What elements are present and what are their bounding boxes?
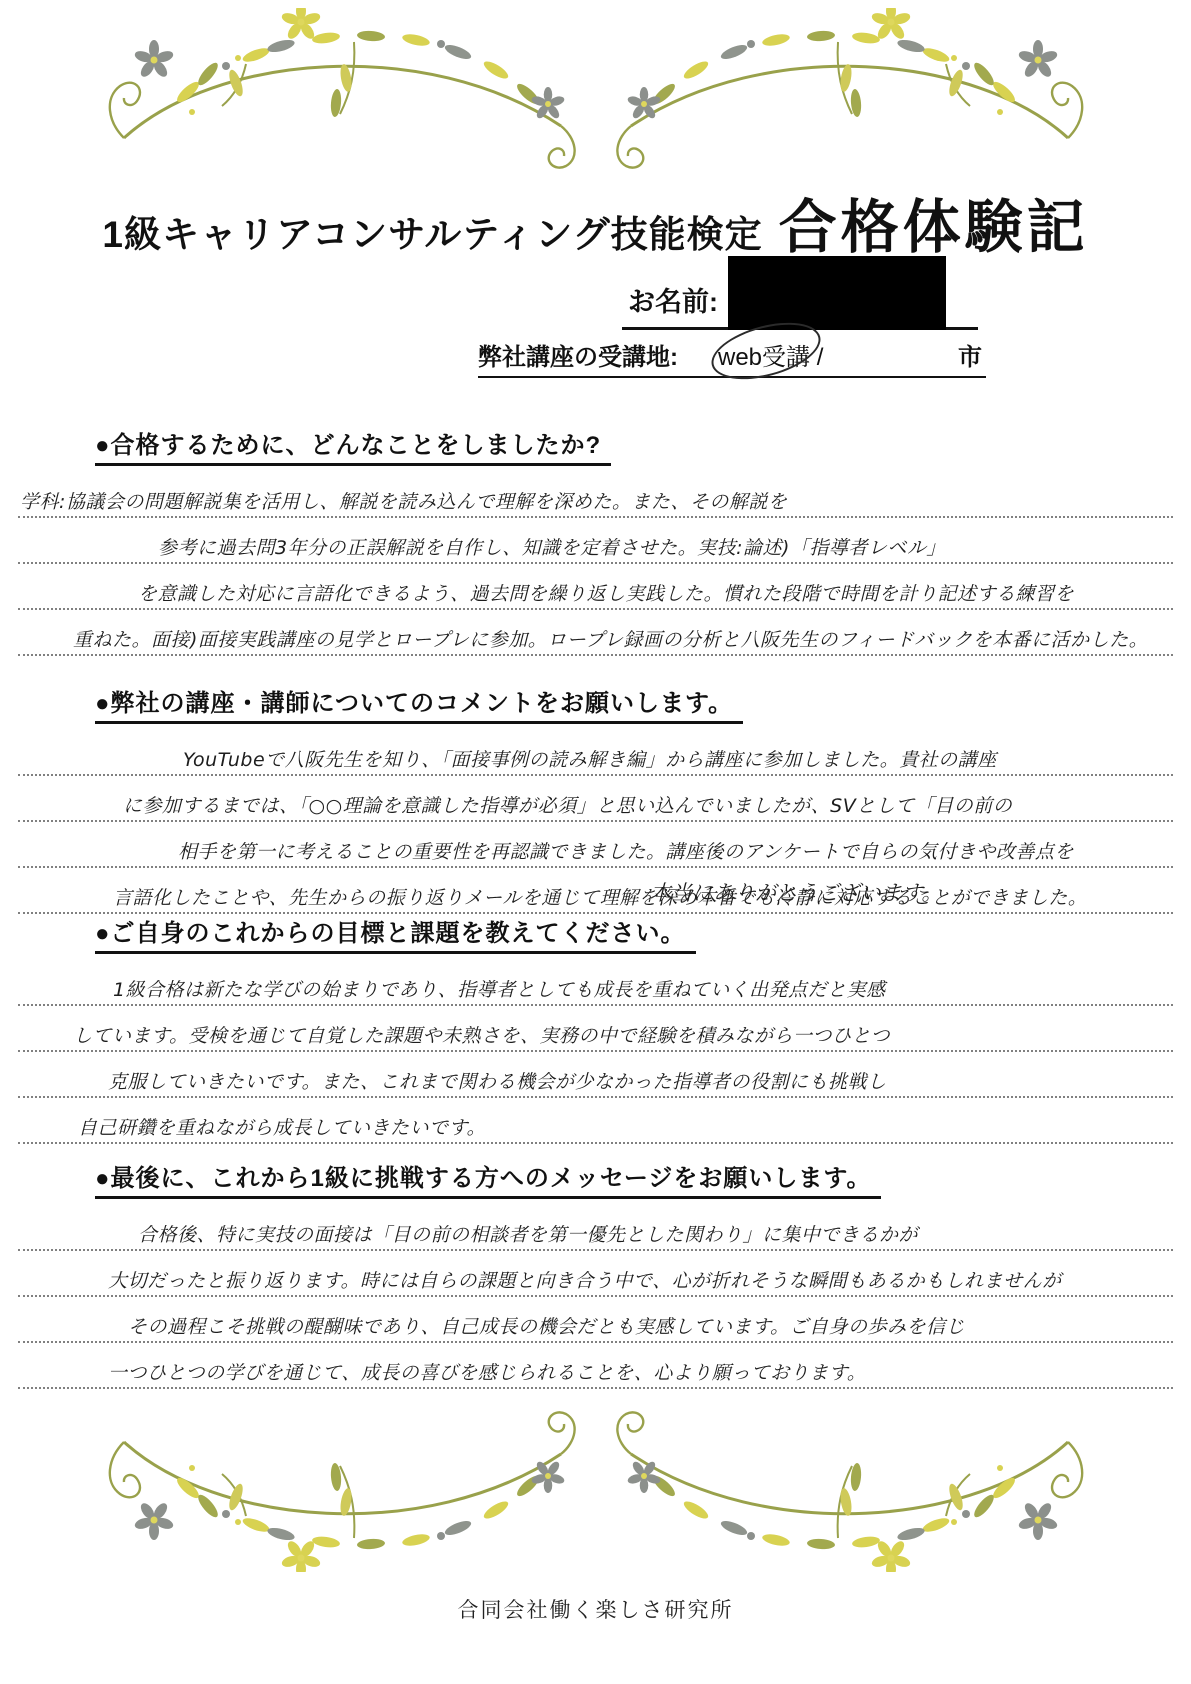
floral-border-bottom [96,1392,1096,1572]
handwritten-answer: YouTubeで八阪先生を知り、「面接事例の読み解き編」から講座に参加しました。… [18,730,1173,914]
handwritten-thanks: 本当にありがとうございます。 [650,877,942,907]
handwritten-answer: 1級合格は新たな学びの始まりであり、指導者としても成長を重ねていく出発点だと実感… [18,960,1173,1144]
handwritten-answer: 学科:協議会の問題解説集を活用し、解説を読み込んで理解を深めた。また、その解説を… [18,472,1173,656]
floral-vine-illustration [96,1397,1096,1572]
company-footer: 合同会社働く楽しさ研究所 [0,1594,1191,1624]
handwritten-line: 克服していきたいです。また、これまで関わる機会が少なかった指導者の役割にも挑戦し [18,1052,1173,1098]
section-preparation: ●合格するために、どんなことをしましたか? 学科:協議会の問題解説集を活用し、解… [0,425,1191,656]
location-label: 弊社講座の受講地: [478,337,678,372]
section-heading: ●弊社の講座・講師についてのコメントをお願いします。 [95,683,743,724]
title-main: 合格体験記 [779,180,1089,264]
name-redaction-box [728,256,946,330]
handwritten-line: 1級合格は新たな学びの始まりであり、指導者としても成長を重ねていく出発点だと実感 [18,960,1173,1006]
section-heading: ●最後に、これから1級に挑戦する方へのメッセージをお願いします。 [95,1158,881,1199]
document-title: 1級キャリアコンサルティング技能検定 合格体験記 [0,180,1191,264]
handwritten-line: 重ねた。面接)面接実践講座の見学とロープレに参加。ロープレ録画の分析と八阪先生の… [18,610,1173,656]
handwritten-answer: 合格後、特に実技の面接は「目の前の相談者を第一優先とした関わり」に集中できるかが… [18,1205,1173,1389]
section-heading: ●合格するために、どんなことをしましたか? [95,425,611,466]
handwritten-line: 大切だったと振り返ります。時には自らの課題と向き合う中で、心が折れそうな瞬間もあ… [18,1251,1173,1297]
handwritten-line: を意識した対応に言語化できるよう、過去問を繰り返し実践した。慣れた段階で時間を計… [18,564,1173,610]
location-city-suffix: 市 [958,337,982,372]
handwritten-line: YouTubeで八阪先生を知り、「面接事例の読み解き編」から講座に参加しました。… [18,730,1173,776]
floral-border-top [96,8,1096,188]
scanned-testimonial-page: 1級キャリアコンサルティング技能検定 合格体験記 お名前: 弊社講座の受講地: … [0,0,1191,1684]
handwritten-line: 一つひとつの学びを通じて、成長の喜びを感じられることを、心より願っております。 [18,1343,1173,1389]
handwritten-line: 学科:協議会の問題解説集を活用し、解説を読み込んで理解を深めた。また、その解説を [18,472,1173,518]
handwritten-line: 合格後、特に実技の面接は「目の前の相談者を第一優先とした関わり」に集中できるかが [18,1205,1173,1251]
section-course-feedback: ●弊社の講座・講師についてのコメントをお願いします。 YouTubeで八阪先生を… [0,683,1191,914]
section-future-goals: ●ご自身のこれからの目標と課題を教えてください。 1級合格は新たな学びの始まりで… [0,913,1191,1144]
name-label: お名前: [628,280,718,319]
section-heading: ●ご自身のこれからの目標と課題を教えてください。 [95,913,696,954]
handwritten-line: 相手を第一に考えることの重要性を再認識できました。講座後のアンケートで自らの気付… [18,822,1173,868]
handwritten-line: 言語化したことや、先生からの振り返りメールを通じて理解を深め本番でも冷静に対応す… [18,868,1173,914]
title-exam-name: 1級キャリアコンサルティング技能検定 [102,204,762,258]
section-message-to-challengers: ●最後に、これから1級に挑戦する方へのメッセージをお願いします。 合格後、特に実… [0,1158,1191,1389]
handwritten-line: 参考に過去問3年分の正誤解説を自作し、知識を定着させた。実技:論述)「指導者レベ… [18,518,1173,564]
handwritten-line: 自己研鑽を重ねながら成長していきたいです。 [18,1098,1173,1144]
handwritten-line: その過程こそ挑戦の醍醐味であり、自己成長の機会だとも実感しています。ご自身の歩み… [18,1297,1173,1343]
handwritten-line: に参加するまでは、「○○理論を意識した指導が必須」と思い込んでいましたが、SVと… [18,776,1173,822]
floral-vine-illustration [96,8,1096,183]
handwritten-line: しています。受検を通じて自覚した課題や未熟さを、実務の中で経験を積みながら一つひ… [18,1006,1173,1052]
